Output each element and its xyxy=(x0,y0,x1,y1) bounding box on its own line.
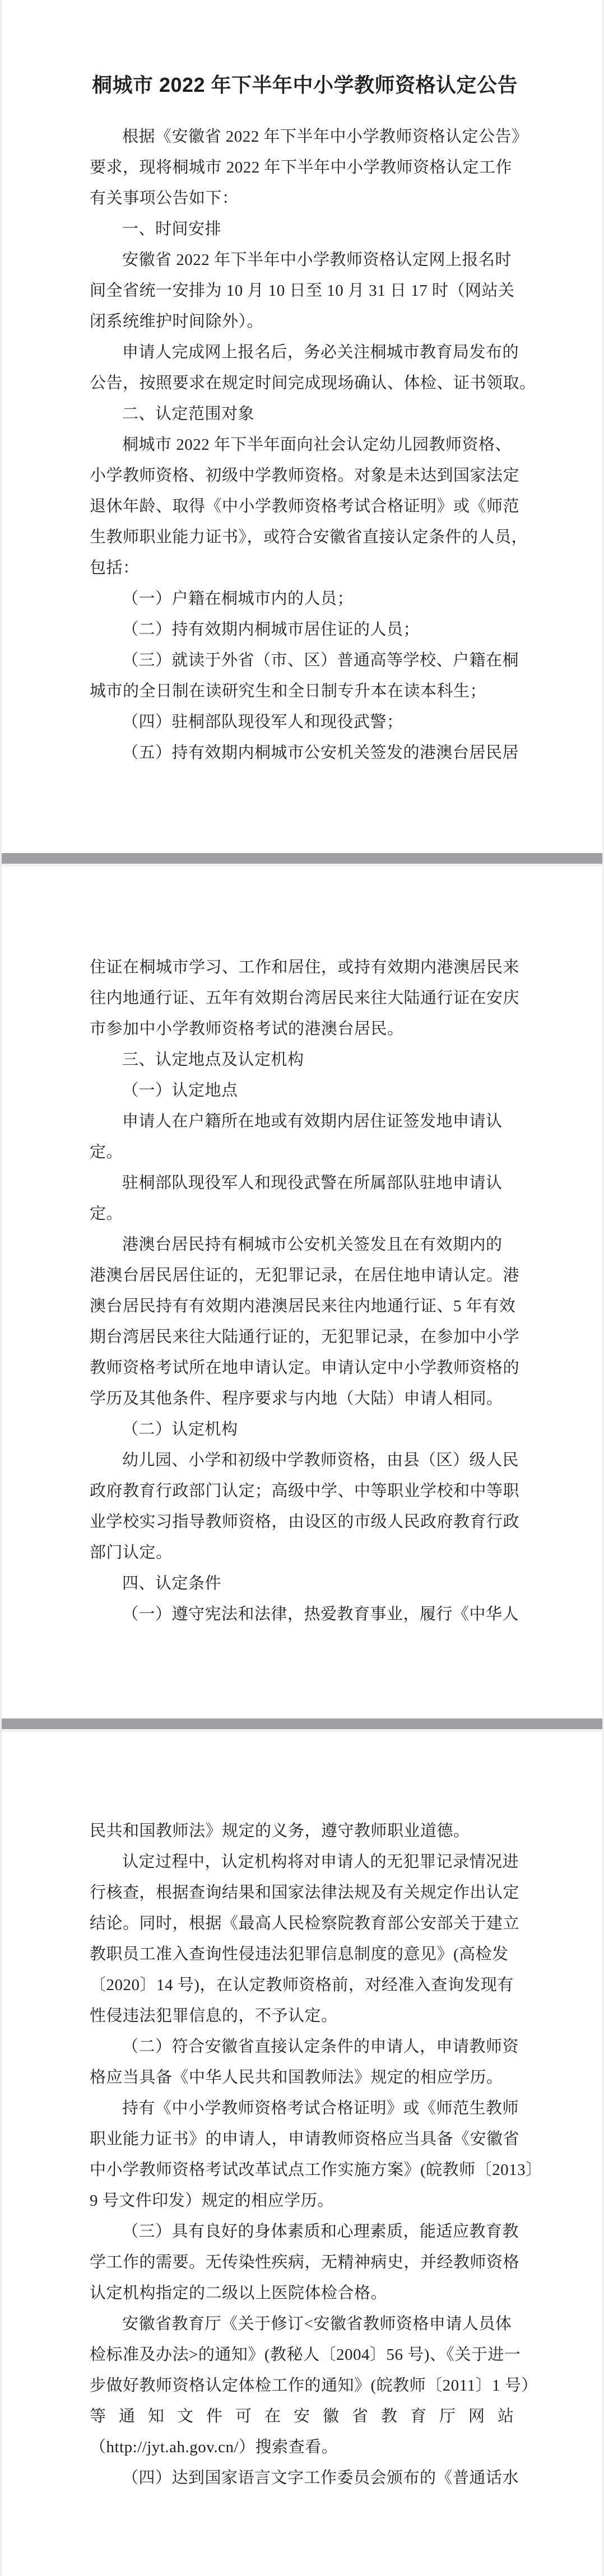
text-line: 要求，现将桐城市 2022 年下半年中小学教师资格认定工作 xyxy=(90,152,520,183)
text-line: 市参加中小学教师资格考试的港澳台居民。 xyxy=(90,1014,520,1045)
document-page-1: 桐城市 2022 年下半年中小学教师资格认定公告 根据《安徽省 2022 年下半… xyxy=(0,0,604,853)
text-line: 公告，按照要求在规定时间完成现场确认、体检、证书领取。 xyxy=(90,368,520,399)
document-viewer: 桐城市 2022 年下半年中小学教师资格认定公告 根据《安徽省 2022 年下半… xyxy=(0,0,604,2576)
text-line: 中小学教师资格考试改革试点工作实施方案》(皖教师〔2013〕 xyxy=(90,2155,520,2186)
text-line: 三、认定地点及认定机构 xyxy=(90,1045,520,1075)
text-line: 幼儿园、小学和初级中学教师资格，由县（区）级人民 xyxy=(90,1445,520,1476)
text-line: 部门认定。 xyxy=(90,1538,520,1568)
text-line: 港澳台居民持有桐城市公安机关签发且在有效期内的 xyxy=(90,1229,520,1260)
text-line: 定。 xyxy=(90,1199,520,1229)
text-line: 往内地通行证、五年有效期台湾居民来往大陆通行证在安庆 xyxy=(90,983,520,1014)
text-line: 申请人在户籍所在地或有效期内居住证签发地申请认 xyxy=(90,1106,520,1137)
text-line: 职业能力证书》的申请人，申请教师资格应当具备《安徽省 xyxy=(90,2124,520,2155)
text-line: 结论。同时，根据《最高人民检察院教育部公安部关于建立 xyxy=(90,1908,520,1939)
text-line: 教师资格考试所在地申请认定。申请认定中小学教师资格的 xyxy=(90,1353,520,1384)
text-line: （五）持有效期内桐城市公安机关签发的港澳台居民居 xyxy=(90,738,520,768)
text-line: 根据《安徽省 2022 年下半年中小学教师资格认定公告》 xyxy=(90,122,520,152)
text-line: （四）驻桐部队现役军人和现役武警； xyxy=(90,707,520,738)
document-page-3: 民共和国教师法》规定的义务，遵守教师职业道德。认定过程中，认定机构将对申请人的无… xyxy=(0,1729,604,2576)
text-line: 城市的全日制在读研究生和全日制专升本在读本科生； xyxy=(90,676,520,707)
text-line: 学工作的需要。无传染性疾病，无精神病史，并经教师资格 xyxy=(90,2247,520,2278)
text-line: （一）遵守宪法和法律，热爱教育事业，履行《中华人 xyxy=(90,1599,520,1630)
text-line: 一、时间安排 xyxy=(90,214,520,245)
page-left-edge xyxy=(0,0,2,2576)
text-line: （http://jyt.ah.gov.cn/）搜索查看。 xyxy=(90,2432,520,2463)
text-line: 小学教师资格、初级中学教师资格。对象是未达到国家法定 xyxy=(90,460,520,491)
text-line: 桐城市 2022 年下半年面向社会认定幼儿园教师资格、 xyxy=(90,430,520,460)
text-line: （三）就读于外省（市、区）普通高等学校、户籍在桐 xyxy=(90,645,520,676)
text-line: 四、认定条件 xyxy=(90,1568,520,1599)
document-title: 桐城市 2022 年下半年中小学教师资格认定公告 xyxy=(90,72,520,99)
text-line: 退休年龄、取得《中小学教师资格考试合格证明》或《师范 xyxy=(90,491,520,522)
text-line: 包括： xyxy=(90,553,520,584)
text-line: 澳台居民持有有效期内港澳居民来往内地通行证、5 年有效 xyxy=(90,1291,520,1322)
text-line: 生教师职业能力证书》，或符合安徽省直接认定条件的人员， xyxy=(90,522,520,553)
text-line: 间全省统一安排为 10 月 10 日至 10 月 31 日 17 时（网站关 xyxy=(90,276,520,306)
text-line: 行核查，根据查询结果和国家法律法规及有关规定作出认定 xyxy=(90,1878,520,1908)
text-line: 格应当具备《中华人民共和国教师法》规定的相应学历。 xyxy=(90,2062,520,2093)
text-line: （二）认定机构 xyxy=(90,1414,520,1445)
text-line: 9 号文件印发）规定的相应学历。 xyxy=(90,2186,520,2216)
text-line: 认定机构指定的二级以上医院体检合格。 xyxy=(90,2278,520,2309)
text-line: （三）具有良好的身体素质和心理素质，能适应教育教 xyxy=(90,2216,520,2247)
text-line: 住证在桐城市学习、工作和居住，或持有效期内港澳居民来 xyxy=(90,952,520,983)
text-line: （一）认定地点 xyxy=(90,1075,520,1106)
text-line: 定。 xyxy=(90,1137,520,1168)
text-line: 持有《中小学教师资格考试合格证明》或《师范生教师 xyxy=(90,2093,520,2124)
text-line: 安徽省教育厅《关于修订<安徽省教师资格申请人员体 xyxy=(90,2309,520,2340)
page-separator-1 xyxy=(0,853,604,864)
text-line: 等通知文件可在安徽省教育厅网站 xyxy=(90,2401,520,2432)
text-line: 安徽省 2022 年下半年中小学教师资格认定网上报名时 xyxy=(90,245,520,276)
text-line: 申请人完成网上报名后，务必关注桐城市教育局发布的 xyxy=(90,337,520,368)
text-line: （二）符合安徽省直接认定条件的申请人，申请教师资 xyxy=(90,2032,520,2062)
text-line: 有关事项公告如下： xyxy=(90,183,520,214)
text-line: 〔2020〕14 号)，在认定教师资格前，对经准入查询发现有 xyxy=(90,1970,520,2001)
text-line: 业学校实习指导教师资格，由设区的市级人民政府教育行政 xyxy=(90,1507,520,1538)
text-line: （一）户籍在桐城市内的人员； xyxy=(90,584,520,614)
page-separator-2 xyxy=(0,1718,604,1729)
text-line: 步做好教师资格认定体检工作的通知》(皖教师〔2011〕1 号） xyxy=(90,2370,520,2401)
text-line: 性侵违法犯罪信息的，不予认定。 xyxy=(90,2001,520,2032)
text-line: 检标准及办法>的通知》(教秘人〔2004〕56 号)、《关于进一 xyxy=(90,2340,520,2370)
text-line: 学历及其他条件、程序要求与内地（大陆）申请人相同。 xyxy=(90,1384,520,1414)
text-line: 教职员工准入查询性侵违法犯罪信息制度的意见》(高检发 xyxy=(90,1939,520,1970)
text-line: （二）持有效期内桐城市居住证的人员； xyxy=(90,614,520,645)
text-line: 二、认定范围对象 xyxy=(90,399,520,430)
text-line: 政府教育行政部门认定；高级中学、中等职业学校和中等职 xyxy=(90,1476,520,1507)
text-line: 驻桐部队现役军人和现役武警在所属部队驻地申请认 xyxy=(90,1168,520,1199)
text-line: （四）达到国家语言文字工作委员会颁布的《普通话水 xyxy=(90,2463,520,2494)
text-line: 闭系统维护时间除外）。 xyxy=(90,306,520,337)
text-line: 港澳台居民居住证的，无犯罪记录，在居住地申请认定。港 xyxy=(90,1260,520,1291)
text-line: 认定过程中，认定机构将对申请人的无犯罪记录情况进 xyxy=(90,1847,520,1878)
text-line: 期台湾居民来往大陆通行证的，无犯罪记录，在参加中小学 xyxy=(90,1322,520,1353)
document-page-2: 住证在桐城市学习、工作和居住，或持有效期内港澳居民来往内地通行证、五年有效期台湾… xyxy=(0,864,604,1718)
text-line: 民共和国教师法》规定的义务，遵守教师职业道德。 xyxy=(90,1816,520,1847)
